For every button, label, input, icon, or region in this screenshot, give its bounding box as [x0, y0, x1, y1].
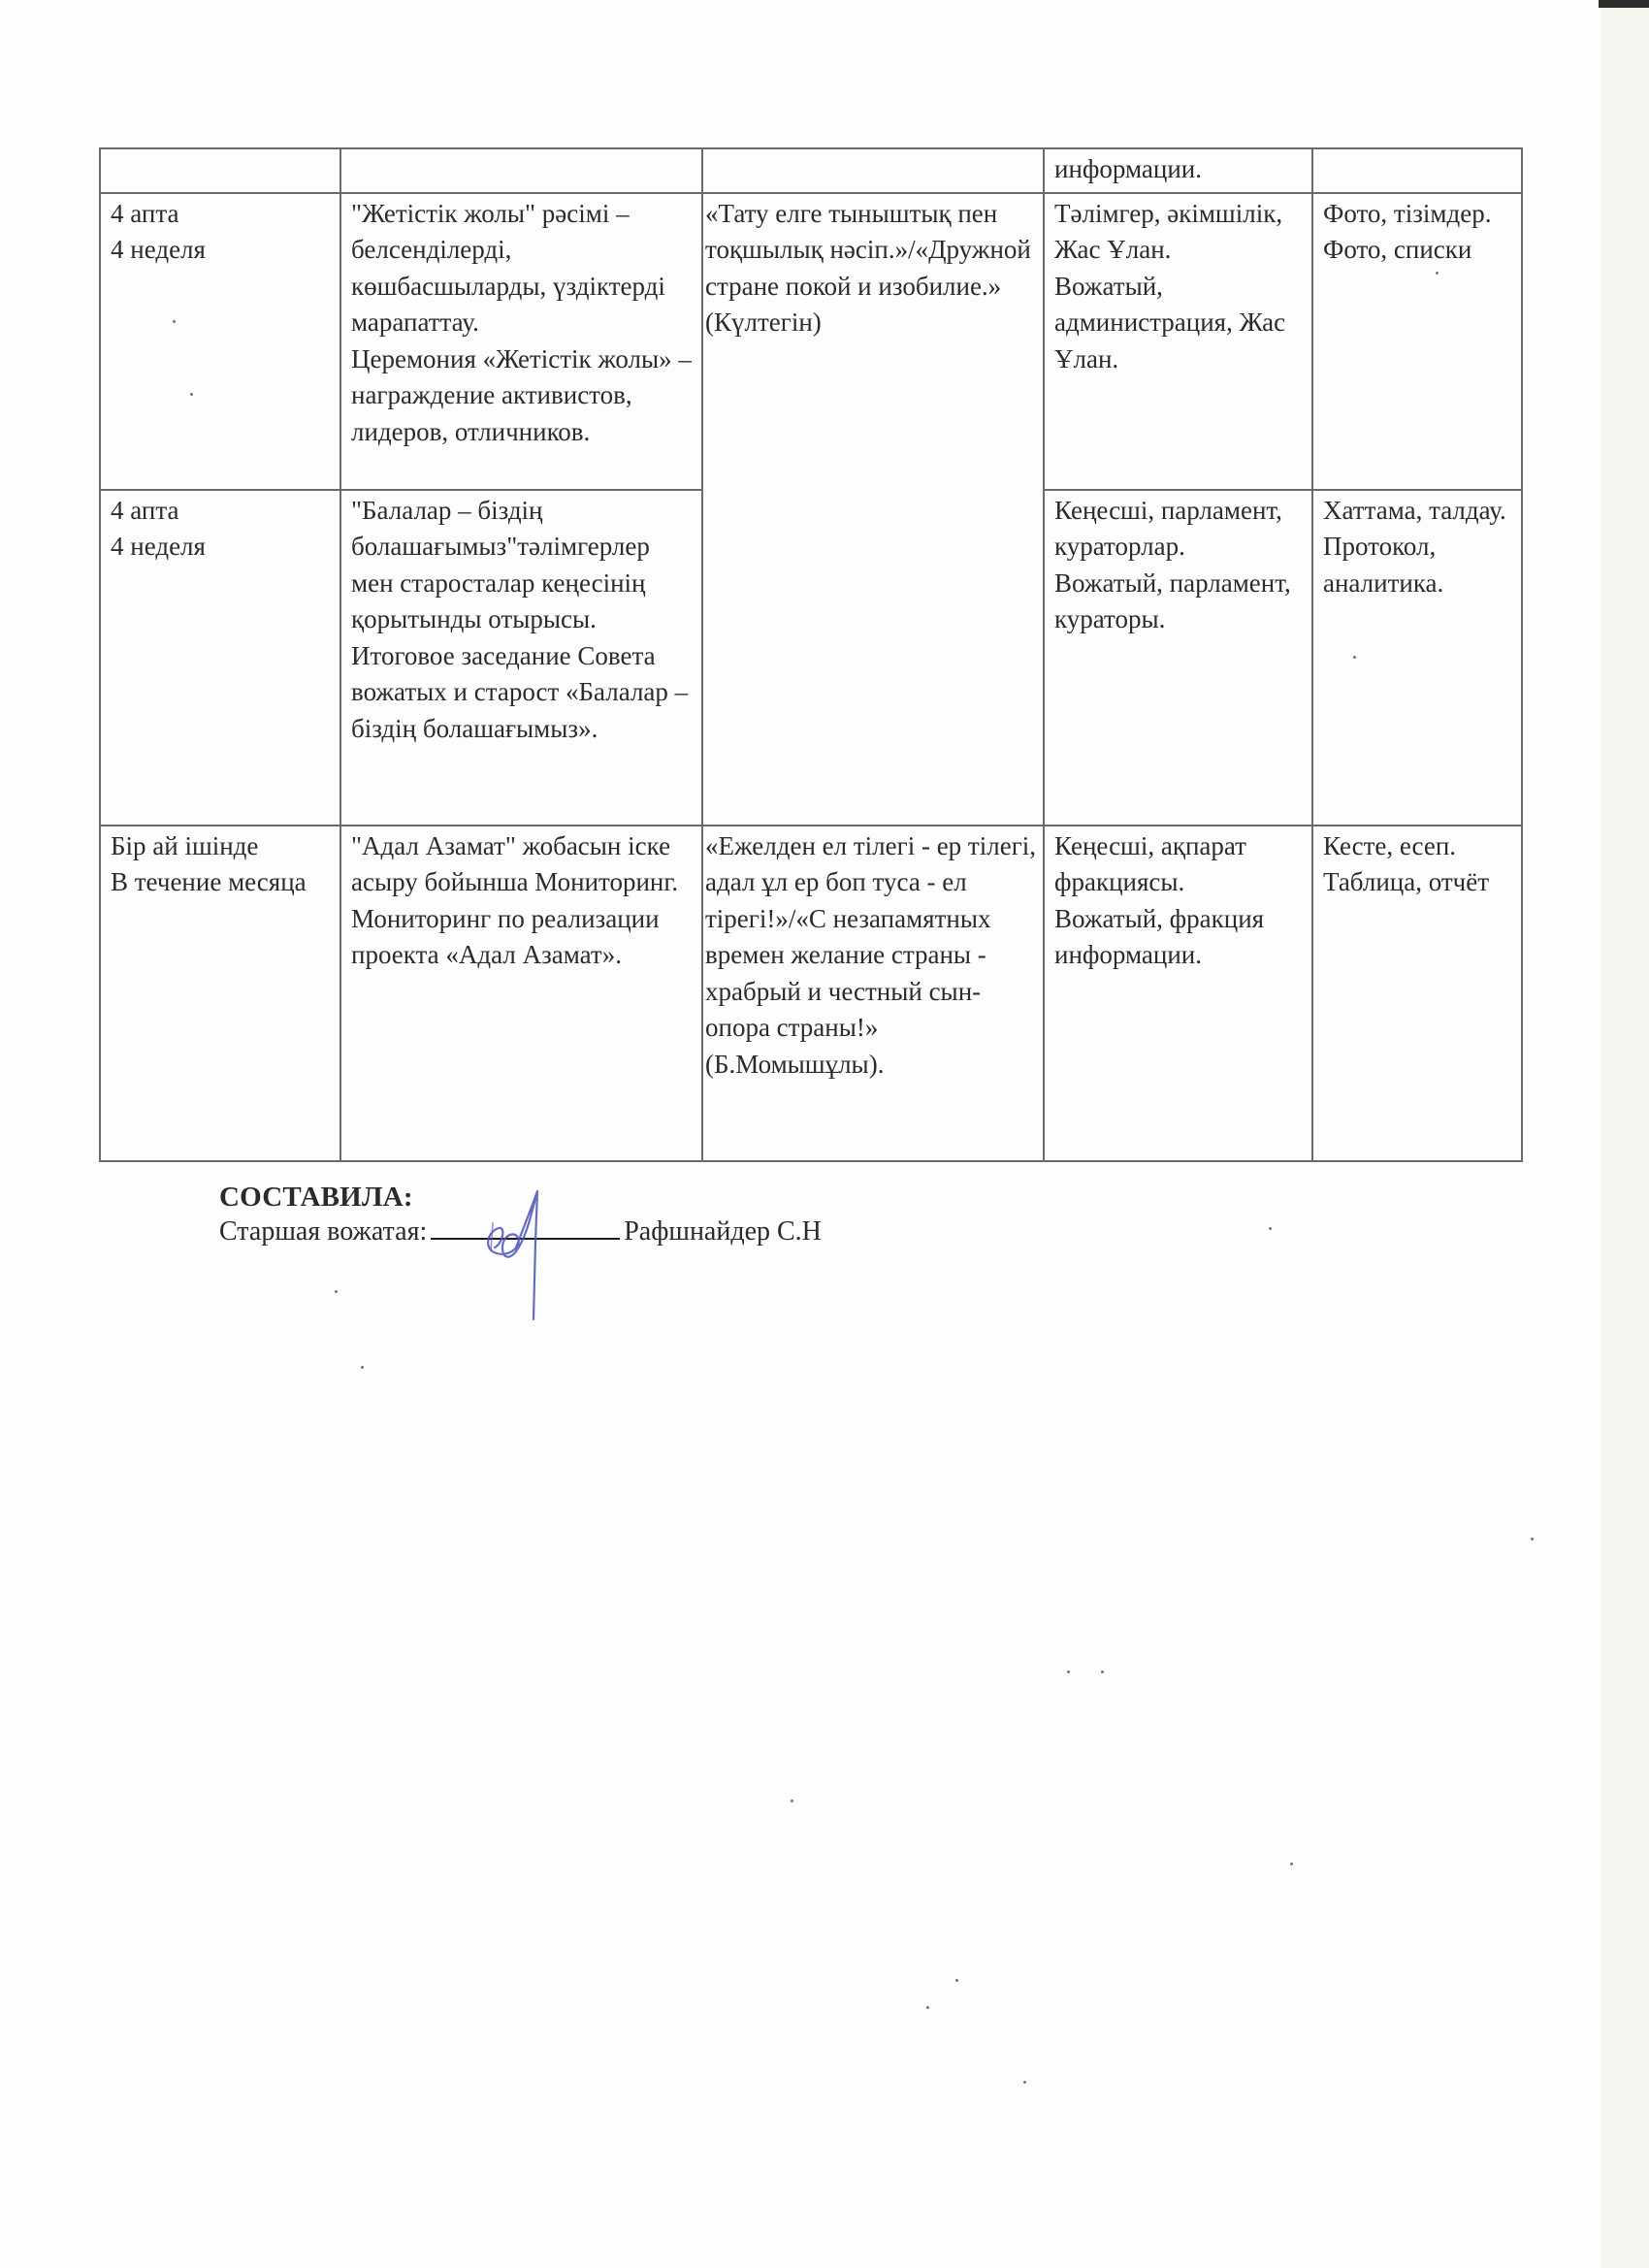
scan-speck	[361, 1366, 364, 1369]
scan-speck	[1353, 656, 1356, 659]
scan-speck	[1269, 1227, 1272, 1230]
scan-speck	[955, 1979, 958, 1982]
scan-speck	[1067, 1670, 1070, 1673]
plan-table: информации. 4 апта 4 неделя "Жетістік жо…	[99, 147, 1523, 1162]
scan-top-edge	[1599, 0, 1649, 8]
scan-speck	[1023, 2081, 1026, 2084]
scan-speck	[791, 1799, 793, 1802]
cell-responsible: Кеңесші, парламент, кураторлар. Вожатый,…	[1044, 490, 1312, 826]
cell-output: Хаттама, талдау. Протокол, аналитика.	[1312, 490, 1522, 826]
cell-responsible: информации.	[1044, 148, 1312, 193]
scan-speck	[1436, 272, 1439, 275]
cell-event: "Жетістік жолы" рәсімі – белсенділерді, …	[340, 193, 702, 490]
cell-output	[1312, 148, 1522, 193]
scan-speck	[1531, 1538, 1534, 1540]
role-label: Старшая вожатая:	[219, 1216, 427, 1247]
table-row: 4 апта 4 неделя "Жетістік жолы" рәсімі –…	[100, 193, 1522, 490]
signer-name: Рафшнайдер С.Н	[624, 1216, 822, 1247]
cell-quote: «Тату елге тыныштық пен тоқшылық нәсіп.»…	[702, 193, 1044, 826]
table-row: Бір ай ішінде В течение месяца "Адал Аза…	[100, 826, 1522, 1161]
scan-speck	[190, 393, 193, 396]
cell-event	[340, 148, 702, 193]
scan-speck	[1101, 1670, 1104, 1673]
scan-speck	[1290, 1863, 1293, 1865]
scan-speck	[173, 320, 176, 323]
handwritten-signature-icon	[473, 1183, 561, 1329]
cell-quote	[702, 148, 1044, 193]
scan-speck	[335, 1290, 338, 1293]
cell-period: Бір ай ішінде В течение месяца	[100, 826, 340, 1161]
scan-edge-strip	[1600, 0, 1649, 2268]
cell-output: Фото, тізімдер. Фото, списки	[1312, 193, 1522, 490]
cell-event: "Балалар – біздің болашағымыз"тәлімгерле…	[340, 490, 702, 826]
table-row: информации.	[100, 148, 1522, 193]
cell-period: 4 апта 4 неделя	[100, 490, 340, 826]
cell-responsible: Кеңесші, ақпарат фракциясы. Вожатый, фра…	[1044, 826, 1312, 1161]
cell-period	[100, 148, 340, 193]
cell-output: Кесте, есеп. Таблица, отчёт	[1312, 826, 1522, 1161]
scan-speck	[926, 2006, 929, 2009]
cell-period: 4 апта 4 неделя	[100, 193, 340, 490]
cell-quote: «Ежелден ел тілегі - ер тілегі, адал ұл …	[702, 826, 1044, 1161]
cell-event: "Адал Азамат" жобасын іске асыру бойынша…	[340, 826, 702, 1161]
cell-responsible: Тәлімгер, әкімшілік, Жас Ұлан. Вожатый, …	[1044, 193, 1312, 490]
